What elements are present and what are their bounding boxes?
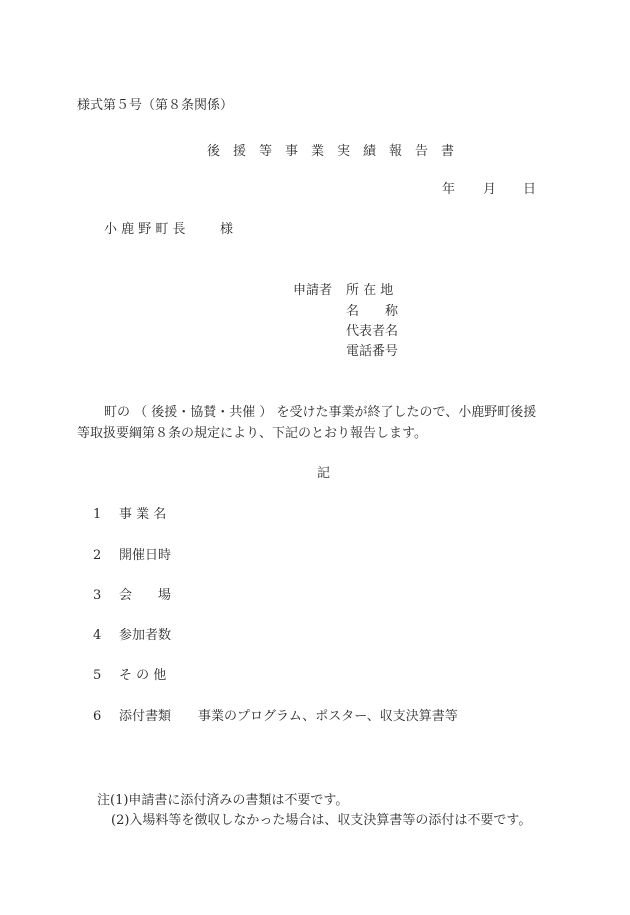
item-number: 4 <box>93 628 119 644</box>
item-number: 3 <box>93 588 119 604</box>
date-year: 年 <box>442 182 455 198</box>
addressee-name: 小 鹿 野 町 長 <box>104 222 186 238</box>
note-1: 注(1)申請書に添付済みの書類は不要です。 <box>97 793 348 809</box>
applicant-field-representative: 代表者名 <box>346 324 398 340</box>
ki-heading: 記 <box>317 466 330 482</box>
addressee-honorific: 様 <box>220 222 233 238</box>
item-number: 1 <box>93 507 119 523</box>
item-number: 2 <box>93 548 119 564</box>
item-row: 5そ の 他 <box>93 668 166 684</box>
item-label: そ の 他 <box>119 668 166 684</box>
date-day: 日 <box>523 182 536 198</box>
item-row: 1事 業 名 <box>93 507 166 523</box>
item-number: 6 <box>93 709 119 725</box>
item-label: 開催日時 <box>119 548 171 564</box>
item-row: 2開催日時 <box>93 548 171 564</box>
body-line-1: 町の （ 後援・協賛・共催 ） を受けた事業が終了したので、小鹿野町後援 <box>104 405 536 421</box>
applicant-field-phone: 電話番号 <box>346 344 398 360</box>
date-month: 月 <box>483 182 496 198</box>
note-2: (2)入場料等を徴収しなかった場合は、収支決算書等の添付は不要です。 <box>111 813 531 829</box>
item-label: 参加者数 <box>119 628 171 644</box>
item-row: 3会 場 <box>93 588 171 604</box>
applicant-label: 申請者 <box>293 283 332 299</box>
body-line-2: 等取扱要綱第８条の規定により、下記のとおり報告します。 <box>77 426 427 442</box>
item-row: 6添付書類 <box>93 709 171 725</box>
item-label: 添付書類 <box>119 709 171 725</box>
applicant-field-name: 名 称 <box>346 304 398 320</box>
item-label: 会 場 <box>119 588 171 604</box>
attachment-list: 事業のプログラム、ポスター、収支決算書等 <box>198 709 458 725</box>
item-row: 4参加者数 <box>93 628 171 644</box>
document-title: 後援等事業実績報告書 <box>207 144 467 160</box>
item-label: 事 業 名 <box>119 507 166 523</box>
applicant-field-address: 所 在 地 <box>346 283 393 299</box>
item-number: 5 <box>93 668 119 684</box>
form-number: 様式第５号（第８条関係） <box>77 98 233 114</box>
